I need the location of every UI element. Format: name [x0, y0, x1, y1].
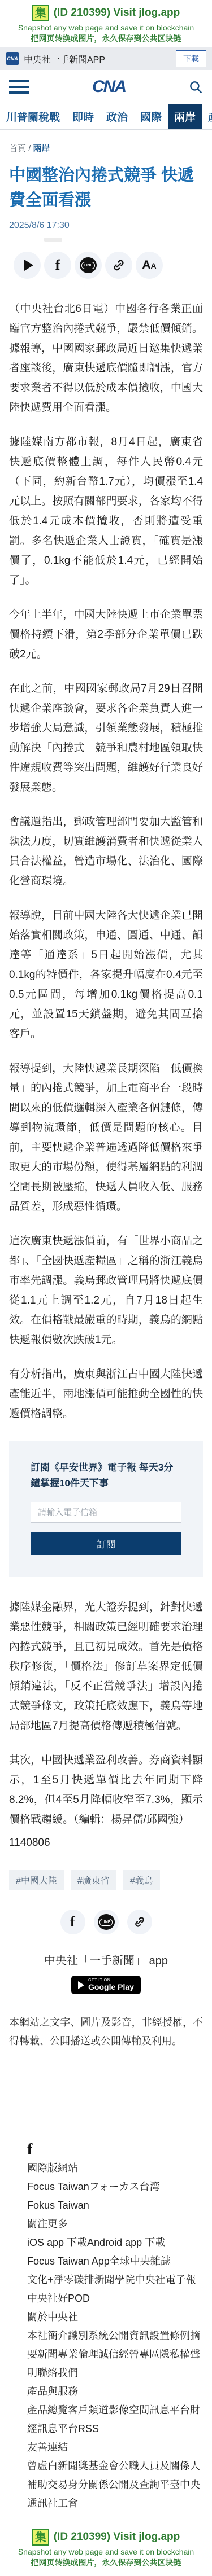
font-size-icon: AA — [142, 258, 156, 272]
article-paragraph: 據陸媒金融界，光大證券提到，針對快遞業惡性競爭，相關政策已經明確要求治理內捲式競… — [9, 1598, 203, 1736]
footer-link-friendly-pages[interactable]: 曾虛白新聞獎基金會公職人員及關係人補助交易身分關係公開及查詢平臺中央通訊社工會 — [27, 2457, 203, 2513]
play-audio-button[interactable] — [14, 252, 41, 279]
jlog-banner-subtitle-zh: 把网页转换成图片，永久保存到公共区块链 — [3, 33, 209, 44]
site-header: CNA — [0, 70, 212, 104]
line-icon: LINE — [80, 257, 97, 273]
site-footer: f 國際版網站 Focus Taiwanフォーカス台湾 Fokus Taiwan… — [0, 2051, 212, 2524]
copy-link-button[interactable] — [127, 1910, 152, 1934]
line-share-button[interactable]: LINE — [75, 252, 102, 279]
search-icon[interactable] — [188, 80, 203, 94]
article-body: （中央社台北6日電）中國各行各業正面臨官方整治內捲式競爭，嚴禁低價傾銷。據報導，… — [0, 279, 212, 1424]
facebook-icon[interactable]: f — [27, 2141, 203, 2159]
page-title: 中國整治內捲式競爭 快遞費全面看漲 — [0, 154, 212, 213]
article-paragraph: 報導說，目前中國大陸各大快遞企業已開始落實相關政策，申通、圓通、中通、韻達等「通… — [9, 906, 203, 1044]
jlog-banner-bottom[interactable]: 集 (ID 210399) Visit jlog.app Snapshot an… — [0, 2524, 212, 2571]
article-paragraph: 今年上半年，中國大陸快遞上市企業單票價格持續下滑，第2季部分企業單價已跌破2元。 — [9, 605, 203, 664]
menu-icon[interactable] — [9, 80, 29, 94]
footer-heading-friendly-links[interactable]: 友善連結 — [27, 2438, 203, 2457]
jlog-badge-icon: 集 — [32, 2529, 49, 2546]
facebook-icon: f — [70, 1914, 75, 1930]
subscribe-button[interactable]: 訂閱 — [31, 1532, 181, 1555]
link-icon — [133, 1916, 146, 1928]
line-share-button[interactable]: LINE — [94, 1910, 119, 1934]
copy-link-button[interactable] — [105, 252, 132, 279]
line-icon: LINE — [98, 1914, 115, 1930]
jlog-banner-subtitle-en: Snapshot any web page and save it on blo… — [3, 23, 209, 32]
footer-heading-products[interactable]: 產品與服務 — [27, 2382, 203, 2401]
footer-heading-follow-more[interactable]: 關注更多 — [27, 2215, 203, 2233]
nav-item-business[interactable]: 產經 — [202, 104, 212, 129]
app-promo-text: 中央社「一手新聞」 app — [0, 1951, 212, 1968]
footer-link-product-pages[interactable]: 產品總覽客戶頻道影像空間訊息平台財經訊息平台RSS — [27, 2401, 203, 2438]
article-paragraph: 會議還指出，郵政管理部門要加大監管和執法力度，切實維護消費者和快遞從業人員合法權… — [9, 812, 203, 891]
tag-guangdong[interactable]: #廣東省 — [71, 1870, 116, 1890]
article-paragraph: 在此之前，中國國家郵政局7月29日召開快遞企業座談會，要求各企業負責人進一步增強… — [9, 679, 203, 797]
article-paragraph: 報導提到，大陸快遞業長期深陷「低價換量」的內捲式競爭，加上電商平台一段時間以來的… — [9, 1059, 203, 1217]
breadcrumb-separator: / — [26, 144, 33, 153]
app-download-button[interactable]: 下載 — [176, 50, 206, 67]
article-body-continued: 據陸媒金融界，光大證券提到，針對快遞業惡性競爭，相關政策已經明確要求治理內捲式競… — [0, 1577, 212, 1829]
footer-link-focus-taiwan-jp[interactable]: Focus Taiwanフォーカス台湾 — [27, 2178, 203, 2196]
link-icon — [112, 258, 126, 272]
nav-item-cross-strait[interactable]: 兩岸 — [168, 104, 202, 129]
ad-placeholder — [44, 238, 62, 242]
nav-item-tariff-war[interactable]: 川普關稅戰 — [0, 104, 66, 129]
jlog-banner-title[interactable]: (ID 210399) Visit jlog.app — [54, 7, 180, 19]
cna-logo[interactable]: CNA — [92, 77, 126, 96]
email-field[interactable] — [31, 1502, 181, 1523]
facebook-share-button[interactable]: f — [60, 1910, 85, 1934]
tag-list: #中國大陸 #廣東省 #義烏 — [0, 1853, 212, 1890]
newsletter-heading: 訂閱《早安世界》電子報 每天3分鐘掌握10件天下事 — [31, 1460, 181, 1491]
article-paragraph: 其次，中國快遞業盈利改善。券商資料顯示，1至5月快遞單價比去年同期下降8.2%，… — [9, 1750, 203, 1829]
share-toolbar: f LINE AA — [0, 242, 212, 279]
copyright-disclaimer: 本網站之文字、圖片及影音，非經授權，不得轉載、公開播送或公開傳輸及利用。 — [0, 1994, 212, 2051]
footer-link-focus-taiwan-app[interactable]: Focus Taiwan App全球中央雜誌 — [27, 2252, 203, 2271]
jlog-banner-subtitle-en: Snapshot any web page and save it on blo… — [3, 2547, 209, 2556]
footer-link-fokus-taiwan[interactable]: Fokus Taiwan — [27, 2196, 203, 2215]
app-download-bar: CNA 中央社一手新聞APP 下載 — [0, 47, 212, 70]
article-number: 1140806 — [0, 1829, 212, 1853]
nav-item-politics[interactable]: 政治 — [100, 104, 134, 129]
article-paragraph: （中央社台北6日電）中國各行各業正面臨官方整治內捲式競爭，嚴禁低價傾銷。據報導，… — [9, 299, 203, 418]
cna-app-logo: CNA — [6, 52, 19, 65]
facebook-share-button[interactable]: f — [44, 252, 71, 279]
google-play-icon — [78, 1981, 84, 1989]
article-date: 2025/8/6 17:30 — [0, 213, 212, 231]
breadcrumb-category[interactable]: 兩岸 — [33, 144, 50, 153]
category-nav: 川普關稅戰 即時 政治 國際 兩岸 產經 — [0, 104, 212, 130]
breadcrumb-home[interactable]: 首頁 — [9, 144, 26, 153]
play-icon — [24, 260, 33, 271]
jlog-badge-icon: 集 — [32, 5, 49, 21]
footer-link-about-pages[interactable]: 本社簡介識別系統公開資訊設置條例摘要新聞專業倫理誠信經營專區隱私權聲明聯絡我們 — [27, 2327, 203, 2382]
newsletter-subscribe-box: 訂閱《早安世界》電子報 每天3分鐘掌握10件天下事 訂閱 — [9, 1441, 203, 1577]
footer-heading-about-cna[interactable]: 關於中央社 — [27, 2308, 203, 2327]
nav-item-breaking[interactable]: 即時 — [66, 104, 100, 129]
footer-link-culture-pod[interactable]: 文化+淨零碳排新聞學院中央社電子報中央社好POD — [27, 2271, 203, 2308]
app-bar-label: 中央社一手新聞APP — [24, 52, 171, 65]
jlog-banner-title[interactable]: (ID 210399) Visit jlog.app — [54, 2531, 180, 2543]
google-play-label: Google Play — [88, 1983, 134, 1991]
google-play-badge[interactable]: GET IT ON Google Play — [71, 1976, 141, 1994]
breadcrumb: 首頁 / 兩岸 — [0, 130, 212, 154]
jlog-banner-top[interactable]: 集 (ID 210399) Visit jlog.app Snapshot an… — [0, 0, 212, 47]
article-paragraph: 有分析指出，廣東與浙江占中國大陸快遞產能近半，兩地漲價可能推動全國性的快遞價格調… — [9, 1364, 203, 1424]
tag-china[interactable]: #中國大陸 — [9, 1870, 64, 1890]
app-promo: 中央社「一手新聞」 app GET IT ON Google Play — [0, 1951, 212, 1994]
footer-link-international[interactable]: 國際版網站 — [27, 2159, 203, 2178]
article-paragraph: 這次廣東快遞漲價前，有「世界小商品之都」、「全國快遞產糧區」之稱的浙江義烏市率先… — [9, 1231, 203, 1350]
jlog-banner-subtitle-zh: 把网页转换成图片，永久保存到公共区块链 — [3, 2557, 209, 2568]
footer-link-app-downloads[interactable]: iOS app 下載Android app 下載 — [27, 2233, 203, 2252]
font-size-button[interactable]: AA — [136, 252, 163, 279]
article-paragraph: 據陸媒南方都市報，8月4日起，廣東省快遞底價整體上調，每件人民幣0.4元（下同，… — [9, 432, 203, 590]
share-toolbar-bottom: f LINE — [0, 1910, 212, 1934]
nav-item-world[interactable]: 國際 — [134, 104, 168, 129]
facebook-icon: f — [55, 257, 60, 274]
tag-yiwu[interactable]: #義烏 — [123, 1870, 160, 1890]
